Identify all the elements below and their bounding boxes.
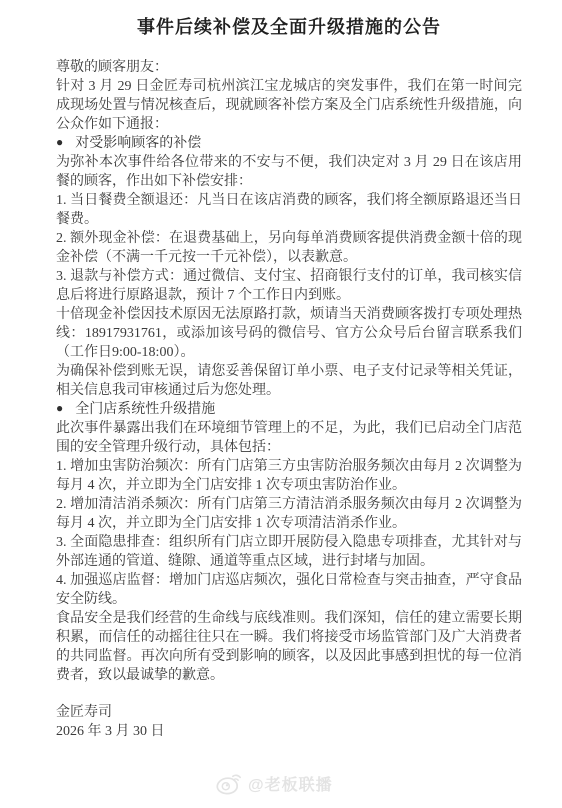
company-signature: 金匠寿司: [56, 703, 522, 722]
upgrade-paragraph: 2. 增加清洁消杀频次：所有门店第三方清洁消杀服务频次由每月 2 次调整为每月 …: [56, 495, 522, 533]
weibo-icon: [216, 772, 243, 795]
upgrade-paragraph: 4. 加强巡店监督：增加门店巡店频次，强化日常检查与突击抽查，严守食品安全防线。: [56, 571, 522, 609]
upgrade-paragraph: 3. 全面隐患排查：组织所有门店立即开展防侵入隐患专项排查，尤其针对与外部连通的…: [56, 533, 522, 571]
section-heading-text: 全门店系统性升级措施: [75, 402, 215, 417]
page-title: 事件后续补偿及全面升级措施的公告: [56, 14, 522, 40]
intro-paragraph: 针对 3 月 29 日金匠寿司杭州滨江宝龙城店的突发事件，我们在第一时间完成现场…: [56, 77, 522, 134]
watermark: @老板联播: [216, 772, 333, 795]
signature-date: 2026 年 3 月 30 日: [56, 722, 522, 741]
bullet-icon: ●: [56, 399, 63, 418]
announcement-document: 事件后续补偿及全面升级措施的公告 尊敬的顾客朋友： 针对 3 月 29 日金匠寿…: [0, 0, 562, 741]
compensation-hotline-paragraph: 十倍现金补偿因技术原因无法原路打款，烦请当天消费顾客拨打专项处理热线：18917…: [56, 305, 522, 362]
watermark-text: @老板联播: [248, 772, 333, 795]
closing-paragraph: 食品安全是我们经营的生命线与底线准则。我们深知，信任的建立需要长期积累，而信任的…: [56, 609, 522, 685]
compensation-paragraph: 1. 当日餐费全额退还：凡当日在该店消费的顾客，我们将全额原路退还当日餐费。: [56, 191, 522, 229]
salutation: 尊敬的顾客朋友：: [56, 58, 522, 77]
compensation-paragraph: 2. 额外现金补偿：在退费基础上，另向每单消费顾客提供消费金额十倍的现金补偿（不…: [56, 229, 522, 267]
section-heading-text: 对受影响顾客的补偿: [75, 136, 201, 151]
bullet-icon: ●: [56, 133, 63, 152]
compensation-paragraph: 为确保补偿到账无误，请您妥善保留订单小票、电子支付记录等相关凭证，相关信息我司审…: [56, 362, 522, 400]
compensation-paragraph: 3. 退款与补偿方式：通过微信、支付宝、招商银行支付的订单，我司核实信息后将进行…: [56, 267, 522, 305]
compensation-paragraph: 为弥补本次事件给各位带来的不安与不便，我们决定对 3 月 29 日在该店用餐的顾…: [56, 153, 522, 191]
section-upgrade-heading: ●全门店系统性升级措施: [56, 400, 522, 419]
upgrade-paragraph: 1. 增加虫害防治频次：所有门店第三方虫害防治服务频次由每月 2 次调整为每月 …: [56, 457, 522, 495]
signature-block: 金匠寿司 2026 年 3 月 30 日: [56, 703, 522, 741]
upgrade-paragraph: 此次事件暴露出我们在环境细节管理上的不足，为此，我们已启动全门店范围的安全管理升…: [56, 419, 522, 457]
section-compensation-heading: ●对受影响顾客的补偿: [56, 134, 522, 153]
